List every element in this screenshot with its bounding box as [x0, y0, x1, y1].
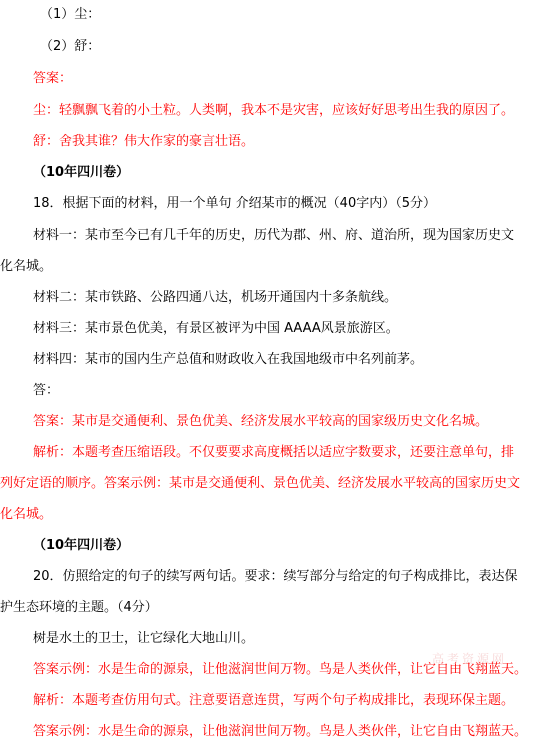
section-heading: （10年四川卷） [33, 538, 129, 554]
material-4: 材料四：某市的国内生产总值和财政收入在我国地级市中名列前茅。 [33, 352, 423, 368]
material-1-cont: 化名城。 [0, 259, 52, 275]
answer-line: 尘：轻飘飘飞着的小土粒。人类啊，我本不是灾害，应该好好思考出生我的原因了。 [33, 103, 514, 119]
answer-line: 答案：某市是交通便利、景色优美、经济发展水平较高的国家级历史文化名城。 [33, 414, 488, 430]
analysis-line: 解析：本题考查仿用句式。注意要语意连贯，写两个句子构成排比，表现环保主题。 [33, 693, 514, 709]
example-sentence: 树是水土的卫士，让它绿化大地山川。 [33, 631, 254, 647]
answer-label: 答案： [33, 71, 72, 87]
watermark: 高考资源网 [432, 650, 507, 667]
material-1: 材料一：某市至今已有几千年的历史，历代为郡、州、府、道治所，现为国家历史文 [33, 228, 514, 244]
question-item-2: （2）舒： [40, 39, 100, 55]
question-item-1: （1）尘： [40, 7, 100, 23]
analysis-line-cont: 列好定语的顺序。答案示例：某市是交通便利、景色优美、经济发展水平较高的国家历史文 [0, 476, 520, 492]
answer-prompt: 答： [33, 383, 59, 399]
question-18: 18．根据下面的材料，用一个单句 介绍某市的概况（40字内）（5分） [33, 196, 436, 212]
analysis-line-cont: 化名城。 [0, 507, 52, 523]
analysis-line: 解析：本题考查压缩语段。不仅要要求高度概括以适应字数要求，还要注意单句，排 [33, 445, 514, 461]
material-3: 材料三：某市景色优美，有景区被评为中国 AAAA风景旅游区。 [33, 321, 399, 337]
material-2: 材料二：某市铁路、公路四通八达，机场开通国内十多条航线。 [33, 290, 397, 306]
question-20: 20．仿照给定的句子的续写两句话。要求：续写部分与给定的句子构成排比，表达保 [33, 569, 518, 585]
answer-example: 答案示例：水是生命的源泉，让他滋润世间万物。鸟是人类伙伴，让它自由飞翔蓝天。 [33, 724, 527, 740]
question-20-cont: 护生态环境的主题。（4分） [0, 600, 158, 616]
answer-line: 舒：舍我其谁？伟大作家的豪言壮语。 [33, 134, 254, 150]
section-heading: （10年四川卷） [33, 165, 129, 181]
